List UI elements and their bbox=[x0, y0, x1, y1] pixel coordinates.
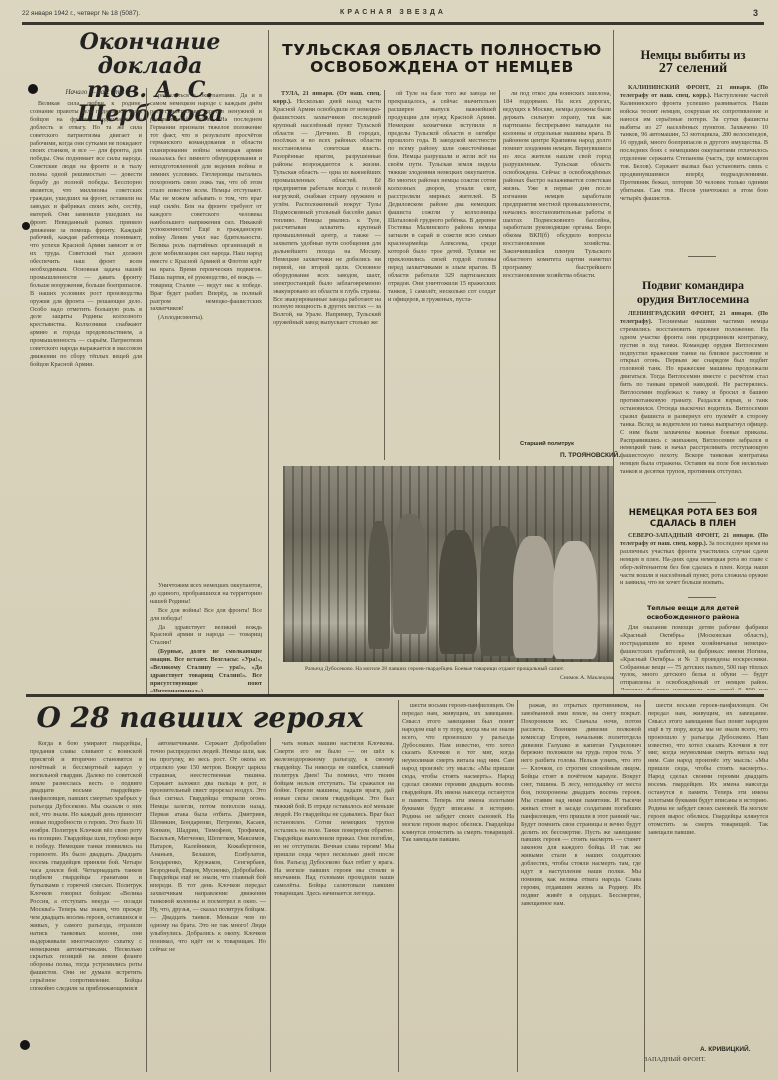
section-divider bbox=[688, 502, 716, 503]
paper-name: КРАСНАЯ ЗВЕЗДА bbox=[22, 9, 764, 16]
headline-line: Подвиг командира bbox=[618, 278, 768, 292]
headline-line: Окончание доклада bbox=[30, 30, 270, 78]
headline-line: 27 селений bbox=[618, 62, 768, 76]
masthead: 22 января 1942 г., четверг № 18 (5087). … bbox=[22, 8, 764, 22]
column-rule bbox=[270, 738, 271, 1072]
body-text: Наступление частей Калининского фронта у… bbox=[620, 92, 768, 202]
column-rule bbox=[146, 738, 147, 1072]
headline-line: НЕМЕЦКАЯ РОТА БЕЗ БОЯ bbox=[618, 508, 768, 519]
body-text: За последнее время на различных участках… bbox=[620, 540, 768, 587]
photo-figure bbox=[368, 521, 390, 649]
body-text: Великая сила любви к родине, сознание пр… bbox=[30, 100, 142, 369]
article-tula-col1: ТУЛА, 21 января. (От наш. спец. корр.). … bbox=[273, 90, 381, 440]
article-28-heroes-col6: шести восьми героев-панфиловцев. Он пере… bbox=[648, 702, 768, 1042]
body-text: шести восьми героев-панфиловцев. Он пере… bbox=[648, 702, 768, 836]
article-28-heroes-col1: Когда в бою умирают гвардейцы, предания … bbox=[30, 740, 142, 1072]
article-tula-col3: ли под откос два воинских эшелона, 184 п… bbox=[503, 90, 611, 430]
binding-hole-mark bbox=[22, 222, 30, 230]
article-28-heroes-col4: шести восьми героев-панфиловцев. Он пере… bbox=[402, 702, 514, 1072]
photo-credit: Снимок А. Маклецова. bbox=[560, 675, 615, 681]
article-tula-col2: ой Туле на базе того же завода не прекра… bbox=[388, 90, 496, 460]
ovation-note: (Бурные, долго не смолкающие овации. Все… bbox=[150, 648, 262, 692]
applause-note: (Аплодисменты). bbox=[150, 314, 262, 322]
body-text: разделаться с оккупантами. Да и в самом … bbox=[150, 92, 262, 313]
column-rule bbox=[499, 90, 500, 460]
headline-line: Теплые вещи для детей bbox=[618, 604, 768, 613]
article-28-heroes-col2: автоматчиками. Сержант Добробабин точно … bbox=[150, 740, 266, 1072]
news-photo-dubosekovo bbox=[283, 466, 613, 662]
article-shcherbakov-col2: разделаться с оккупантами. Да и в самом … bbox=[150, 92, 262, 580]
body-text: чать новых машин настигли Клочкова. Смер… bbox=[274, 740, 394, 898]
slogan: Да здравствует великий вождь Красной арм… bbox=[150, 624, 262, 648]
section-divider bbox=[688, 597, 716, 598]
headline-line: ОСВОБОЖДЕНА ОТ НЕМЦЕВ bbox=[272, 59, 612, 76]
body-text: ли под откос два воинских эшелона, 184 п… bbox=[503, 90, 611, 280]
column-rule bbox=[644, 700, 645, 1072]
article-27-villages-body: КАЛИНИНСКИЙ ФРОНТ, 21 января. (По телегр… bbox=[620, 84, 768, 250]
article-shcherbakov-col1: Великая сила любви к родине, сознание пр… bbox=[30, 100, 142, 694]
headline-28-heroes: О 28 павших героях bbox=[30, 702, 370, 734]
slogan: Все для войны! Все для фронта! Все для п… bbox=[150, 607, 262, 623]
column-rule bbox=[613, 30, 614, 694]
photo-figure bbox=[393, 514, 427, 634]
column-rule bbox=[398, 700, 399, 1072]
column-rule bbox=[384, 90, 385, 460]
byline-name: А. КРИВИЦКИЙ. bbox=[700, 1046, 751, 1053]
byline-rank: Старший политрук bbox=[520, 441, 574, 447]
closing-slogans: Уничтожим всех немецких оккупантов, до е… bbox=[150, 582, 262, 692]
section-divider bbox=[688, 256, 716, 257]
body-text: ражая, из отрытых противником, на завоёв… bbox=[521, 702, 641, 908]
column-rule bbox=[146, 88, 147, 694]
headline-tula: ТУЛЬСКАЯ ОБЛАСТЬ ПОЛНОСТЬЮ ОСВОБОЖДЕНА О… bbox=[272, 42, 612, 76]
article-vitlosemin-body: ЛЕНИНГРАДСКИЙ ФРОНТ, 21 января. (По теле… bbox=[620, 310, 768, 498]
body-text: ой Туле на базе того же завода не прекра… bbox=[388, 90, 496, 303]
photo-figure bbox=[513, 536, 555, 658]
photo-figure bbox=[553, 541, 597, 659]
newspaper-page: 22 января 1942 г., четверг № 18 (5087). … bbox=[0, 0, 778, 1080]
article-28-heroes-col5a: ражая, из отрытых противником, на завоёв… bbox=[521, 702, 641, 1072]
column-rule bbox=[517, 700, 518, 1072]
headline-warm-clothes: Теплые вещи для детей освобожденного рай… bbox=[618, 604, 768, 622]
byline-name: П. ТРОЯНОВСКИЙ. bbox=[560, 452, 620, 459]
headline-line: освобожденного района bbox=[618, 613, 768, 622]
headline-line: орудия Витлосемина bbox=[618, 292, 768, 306]
section-rule bbox=[26, 694, 764, 697]
body-text: автоматчиками. Сержант Добробабин точно … bbox=[150, 740, 266, 953]
headline-surrender: НЕМЕЦКАЯ РОТА БЕЗ БОЯ СДАЛАСЬ В ПЛЕН bbox=[618, 508, 768, 530]
photo-caption: Разъезд Дубосеково. На могиле 28 павших … bbox=[305, 666, 605, 672]
headline-vitlosemin: Подвиг командира орудия Витлосемина bbox=[618, 278, 768, 306]
headline-27-villages: Немцы выбиты из 27 селений bbox=[618, 48, 768, 76]
article-surrender-body: СЕВЕРО-ЗАПАДНЫЙ ФРОНТ, 21 января. (По те… bbox=[620, 532, 768, 592]
masthead-rule bbox=[22, 22, 764, 25]
page-number: 3 bbox=[753, 8, 758, 18]
continued-note: Начало — на 2 стр. bbox=[40, 88, 150, 96]
column-rule bbox=[268, 30, 269, 694]
photo-figure bbox=[439, 530, 477, 654]
body-text: Тесниемые нашими частями немцы стремилис… bbox=[620, 318, 768, 475]
body-text: Несколько дней назад части Красной Армии… bbox=[273, 98, 381, 326]
binding-hole-mark bbox=[20, 1040, 30, 1050]
body-text: Когда в бою умирают гвардейцы, предания … bbox=[30, 740, 142, 993]
byline-front: ЗАПАДНЫЙ ФРОНТ. bbox=[644, 1056, 706, 1063]
body-text: шести восьми героев-панфиловцев. Он пере… bbox=[402, 702, 514, 844]
slogan: Уничтожим всех немецких оккупантов, до е… bbox=[150, 582, 262, 606]
headline-line: ТУЛЬСКАЯ ОБЛАСТЬ ПОЛНОСТЬЮ bbox=[272, 42, 612, 59]
headline-line: СДАЛАСЬ В ПЛЕН bbox=[618, 519, 768, 530]
article-warm-clothes-body: Для оказания помощи детям рабочие фабрик… bbox=[620, 624, 768, 690]
article-28-heroes-col3: чать новых машин настигли Клочкова. Смер… bbox=[274, 740, 394, 1072]
body-text: Для оказания помощи детям рабочие фабрик… bbox=[620, 624, 768, 690]
headline-line: Немцы выбиты из bbox=[618, 48, 768, 62]
